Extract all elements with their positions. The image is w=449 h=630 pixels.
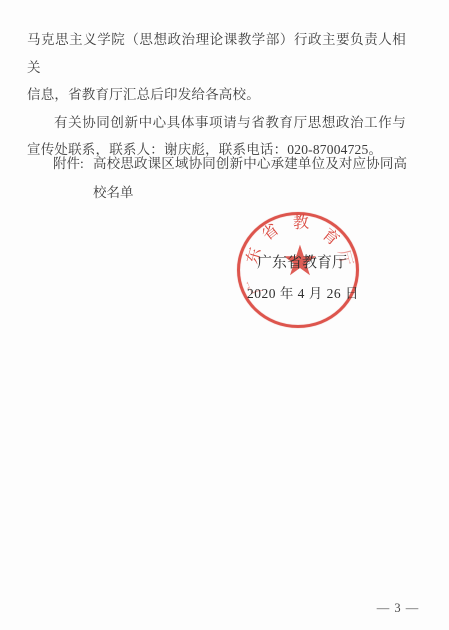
- seal-arc-char: 教: [291, 214, 312, 235]
- attachment-label: 附件:: [53, 150, 84, 179]
- attachment-note: 附件: 高校思政课区域协同创新中心承建单位及对应协同高 校名单: [53, 150, 407, 207]
- paragraph1-line2: 信息，省教育厅汇总后印发给各高校。: [27, 81, 406, 109]
- body-text: 马克思主义学院（思想政治理论课教学部）行政主要负责人相关 信息，省教育厅汇总后印…: [27, 26, 406, 164]
- attachment-line2: 校名单: [93, 179, 407, 208]
- attachment-content: 高校思政课区域协同创新中心承建单位及对应协同高 校名单: [93, 150, 407, 207]
- page-number: — 3 —: [368, 601, 428, 616]
- document-page: 马克思主义学院（思想政治理论课教学部）行政主要负责人相关 信息，省教育厅汇总后印…: [0, 0, 449, 630]
- paragraph2-line1: 有关协同创新中心具体事项请与省教育厅思想政治工作与: [27, 109, 406, 137]
- issuing-authority: 广东省教育厅: [242, 254, 362, 272]
- issue-date: 2020 年 4 月 26 日: [240, 285, 366, 302]
- attachment-line1: 高校思政课区域协同创新中心承建单位及对应协同高: [93, 150, 407, 179]
- paragraph1-line1: 马克思主义学院（思想政治理论课教学部）行政主要负责人相关: [27, 26, 406, 81]
